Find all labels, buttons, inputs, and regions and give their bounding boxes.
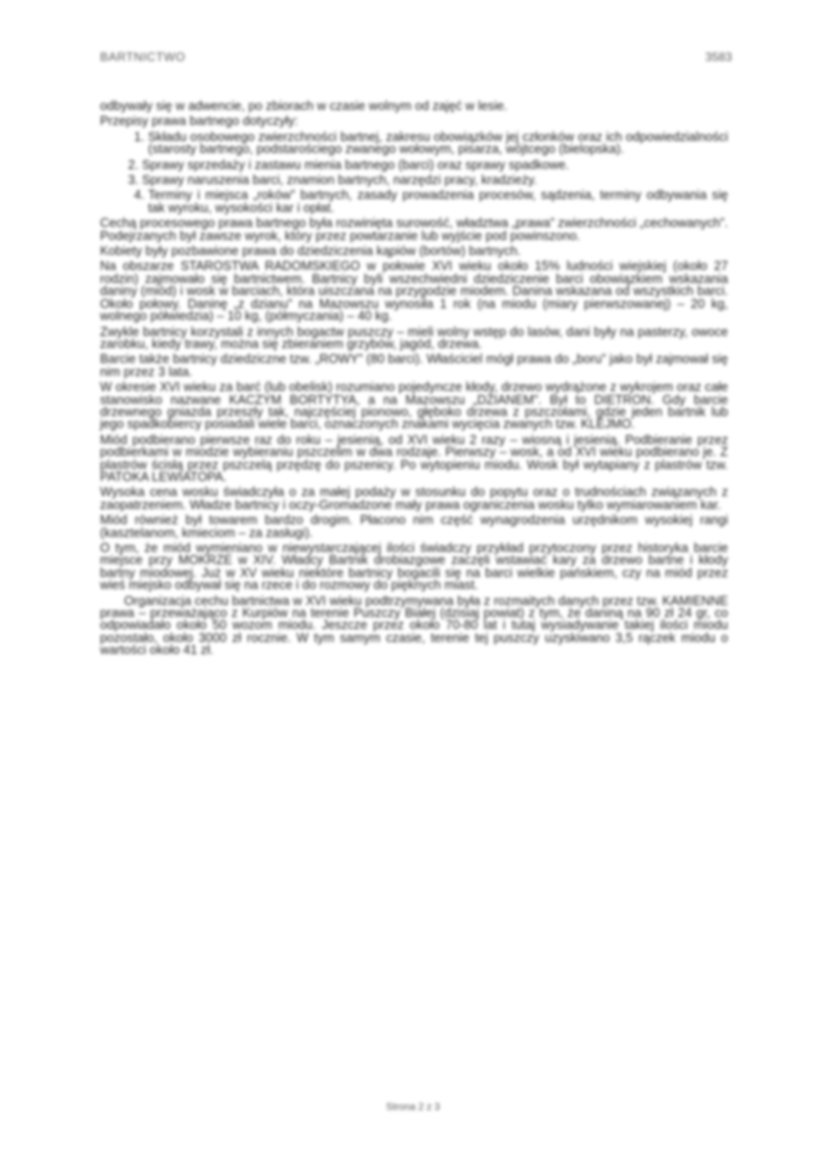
paragraph: Na obszarze STAROSTWA RADOMSKIEGO w poło… <box>100 260 728 322</box>
paragraph: Kobiety były pozbawione prawa do dziedzi… <box>100 245 728 257</box>
paragraph: Zwykle bartnicy korzystali z innych boga… <box>100 326 728 351</box>
paragraph: Cechą procesowego prawa bartnego była ro… <box>100 217 728 242</box>
list-item: 3. Sprawy naruszenia barci, znamion bart… <box>128 174 728 186</box>
document-body: odbywały się w adwencie, po zbiorach w c… <box>100 100 728 660</box>
list-item: 2. Sprawy sprzedaży i zastawu mienia bar… <box>128 159 728 171</box>
list-item: Terminy i miejsca „roków” bartnych, zasa… <box>148 189 728 214</box>
list-item: Składu osobowego zwierzchności bartnej, … <box>148 131 728 156</box>
paragraph: Organizacja cechu bartnictwa w XVI wieku… <box>100 595 728 657</box>
header-title: BARTNICTWO <box>100 50 185 64</box>
paragraph: W okresie XVI wieku za barć (lub obelisk… <box>100 381 728 431</box>
paragraph: Miód podbierano pierwsze raz do roku – j… <box>100 434 728 484</box>
numbered-list: Składu osobowego zwierzchności bartnej, … <box>100 131 728 214</box>
paragraph: odbywały się w adwencie, po zbiorach w c… <box>100 100 728 112</box>
header-page-ref: 3583 <box>705 50 732 64</box>
document-page: BARTNICTWO 3583 odbywały się w adwencie,… <box>0 0 826 1169</box>
paragraph: O tym, że miód wymieniano w niewystarcza… <box>100 542 728 592</box>
paragraph: Wysoka cena wosku świadczyła o za małej … <box>100 486 728 511</box>
page-header: BARTNICTWO 3583 <box>100 50 732 70</box>
paragraph: Miód również był towarem bardzo drogim. … <box>100 514 728 539</box>
paragraph: Przepisy prawa bartnego dotyczyły: <box>100 115 728 127</box>
page-footer: Strona 2 z 3 <box>0 1102 826 1113</box>
paragraph: Barcie także bartnicy dziedziczne tzw. „… <box>100 353 728 378</box>
